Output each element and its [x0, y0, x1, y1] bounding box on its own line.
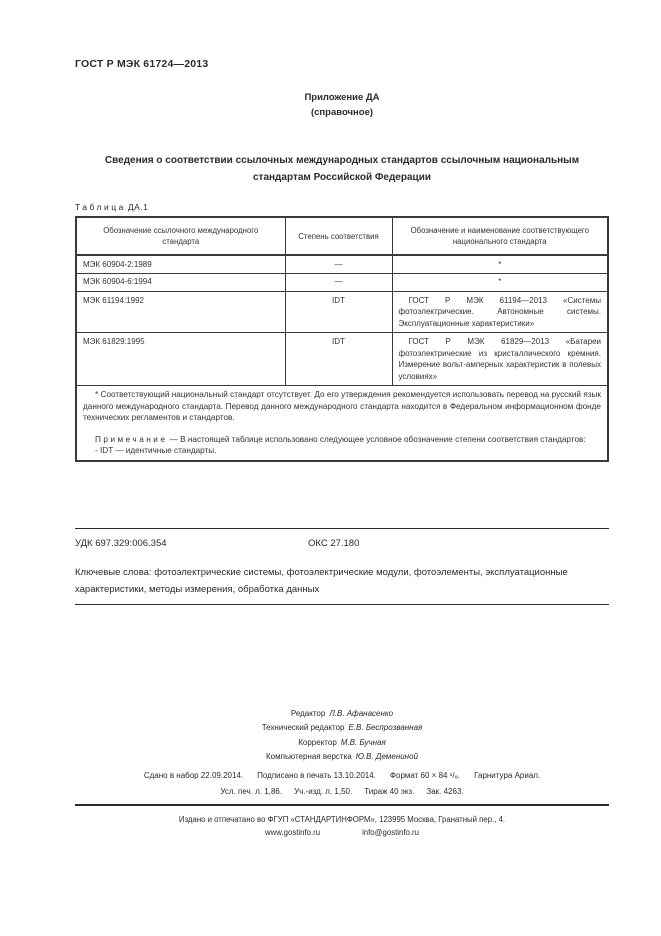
column-header-national-standard: Обозначение и наименование соответствующ… [392, 217, 608, 255]
table-caption-number: ДА.1 [128, 202, 149, 212]
standard-code: ГОСТ Р МЭК 61724—2013 [75, 0, 609, 70]
table-row: МЭК 60904-2:1989 — * [76, 255, 608, 273]
table-caption: ТаблицаДА.1 [75, 202, 609, 212]
print-info-line-1: Сдано в набор 22.09.2014. Подписано в пе… [75, 768, 609, 783]
role-label: Компьютерная верстка [266, 752, 352, 761]
annex-header: Приложение ДА (справочное) [75, 90, 609, 120]
table-footnote-row: * Соответствующий национальный стандарт … [76, 386, 608, 461]
cell-degree: IDT [285, 291, 392, 333]
print-segment: Зак. 4263. [426, 784, 463, 799]
print-segment: Тираж 40 экз. [364, 784, 414, 799]
cell-national-standard: * [392, 273, 608, 291]
cell-international-standard: МЭК 60904-6:1994 [76, 273, 285, 291]
annex-title: Приложение ДА [75, 90, 609, 105]
table-row: МЭК 60904-6:1994 — * [76, 273, 608, 291]
footnote-text: * Соответствующий национальный стандарт … [83, 389, 601, 424]
cell-international-standard: МЭК 61829:1995 [76, 333, 285, 386]
document-page: ГОСТ Р МЭК 61724—2013 Приложение ДА (спр… [0, 0, 661, 936]
cell-degree: IDT [285, 333, 392, 386]
table-header-row: Обозначение ссылочного международного ст… [76, 217, 608, 255]
note-text: — В настоящей таблице использовано следу… [170, 435, 586, 444]
role-label: Редактор [291, 709, 325, 718]
email-text: info@gostinfo.ru [362, 826, 419, 840]
cell-international-standard: МЭК 60904-2:1989 [76, 255, 285, 273]
divider [75, 528, 609, 529]
print-segment: Гарнитура Ариал. [474, 768, 540, 783]
colophon-role-line: КорректорМ.В. Бучная [75, 736, 609, 751]
classification-codes: УДК 697.329:006.354 ОКС 27.180 [75, 538, 609, 551]
note-item-idt: - IDT — идентичные стандарты. [83, 445, 601, 457]
print-info-line-2: Усл. печ. л. 1,86. Уч.-изд. л. 1,50. Тир… [75, 784, 609, 799]
note-label: Примечание [95, 435, 167, 444]
publisher-line: Издано и отпечатано во ФГУП «СТАНДАРТИНФ… [75, 813, 609, 826]
print-segment: Усл. печ. л. 1,86. [220, 784, 282, 799]
cell-national-standard: ГОСТ Р МЭК 61829—2013 «Батареи фотоэлект… [392, 333, 608, 386]
website-text: www.gostinfo.ru [265, 826, 320, 840]
cell-international-standard: МЭК 61194:1992 [76, 291, 285, 333]
colophon-roles: РедакторЛ.В. Афанасенко Технический реда… [75, 707, 609, 765]
table-footnote-cell: * Соответствующий национальный стандарт … [76, 386, 608, 461]
divider [75, 604, 609, 605]
page-title: Сведения о соответствии ссылочных междун… [75, 152, 609, 186]
table-row: МЭК 61194:1992 IDT ГОСТ Р МЭК 61194—2013… [76, 291, 608, 333]
print-segment: Уч.-изд. л. 1,50. [294, 784, 352, 799]
colophon-role-line: Технический редакторЕ.В. Беспрозванная [75, 721, 609, 736]
column-header-international-standard: Обозначение ссылочного международного ст… [76, 217, 285, 255]
udk-code: УДК 697.329:006.354 [75, 538, 167, 549]
role-label: Корректор [298, 738, 337, 747]
table-note: Примечание — В настоящей таблице использ… [83, 434, 601, 446]
column-header-degree: Степень соответствия [285, 217, 392, 255]
table-caption-word: Таблица [75, 202, 126, 212]
keywords-paragraph: Ключевые слова: фотоэлектрические систем… [75, 564, 609, 598]
role-name: М.В. Бучная [341, 738, 386, 747]
colophon-role-line: РедакторЛ.В. Афанасенко [75, 707, 609, 722]
role-label: Технический редактор [262, 723, 345, 732]
correspondence-table: Обозначение ссылочного международного ст… [75, 216, 609, 462]
publisher-contacts: www.gostinfo.ru info@gostinfo.ru [75, 826, 609, 840]
role-name: Л.В. Афанасенко [329, 709, 393, 718]
colophon-role-line: Компьютерная версткаЮ.В. Демениной [75, 750, 609, 765]
table-row: МЭК 61829:1995 IDT ГОСТ Р МЭК 61829—2013… [76, 333, 608, 386]
oks-code: ОКС 27.180 [308, 538, 359, 549]
role-name: Е.В. Беспрозванная [348, 723, 422, 732]
role-name: Ю.В. Демениной [356, 752, 418, 761]
print-segment: Формат 60 × 84 ¹/₈. [390, 768, 460, 783]
cell-degree: — [285, 273, 392, 291]
annex-subtitle: (справочное) [75, 105, 609, 120]
print-segment: Сдано в набор 22.09.2014. [144, 768, 243, 783]
cell-degree: — [285, 255, 392, 273]
print-segment: Подписано в печать 13.10.2014. [257, 768, 376, 783]
cell-national-standard: ГОСТ Р МЭК 61194—2013 «Системы фотоэлект… [392, 291, 608, 333]
divider [75, 804, 609, 806]
cell-national-standard: * [392, 255, 608, 273]
